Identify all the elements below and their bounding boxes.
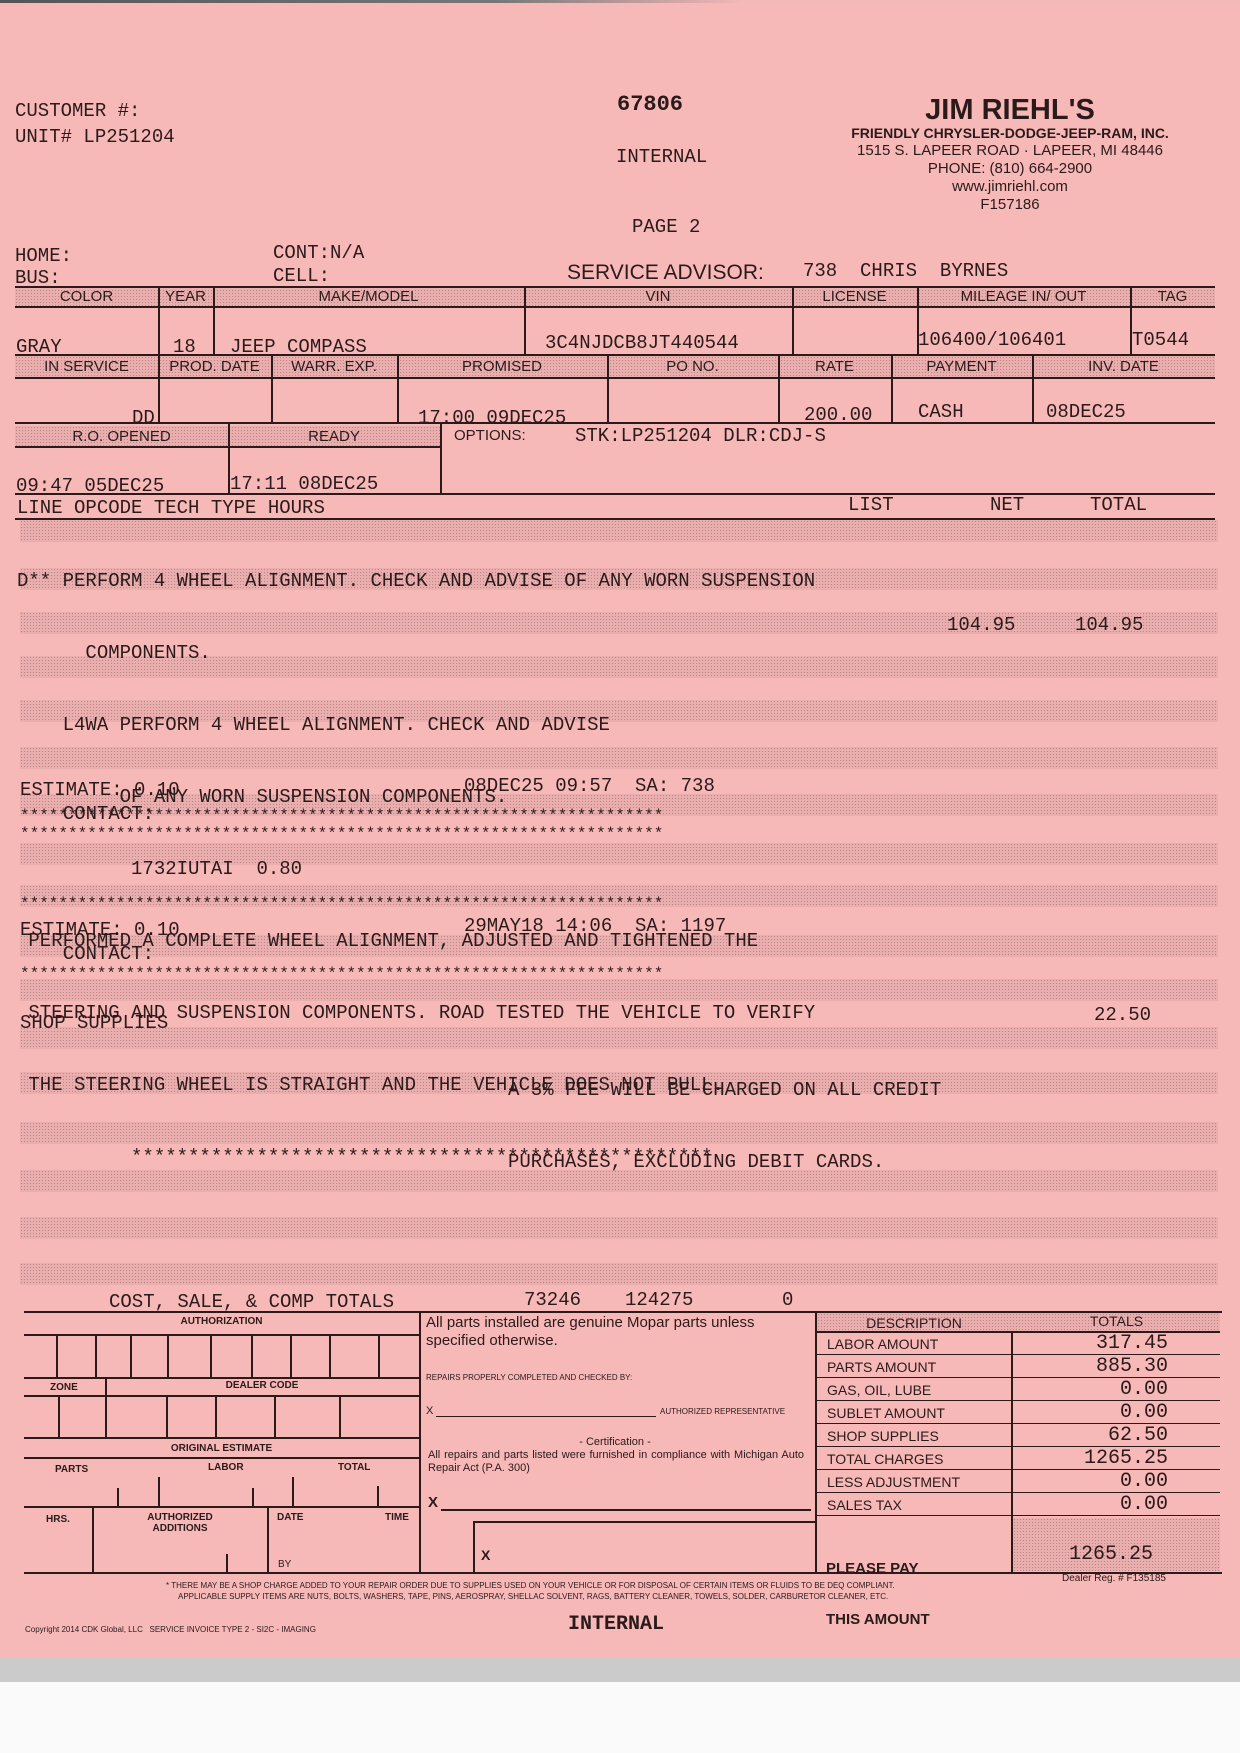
- credit-notice-line: A 3% FEE WILL BE CHARGED ON ALL CREDIT: [508, 1078, 941, 1102]
- color-header: COLOR: [15, 287, 158, 307]
- rule: [251, 1334, 253, 1377]
- comp-totals-label: COST, SALE, & COMP TOTALS: [109, 1291, 394, 1313]
- totals-row: TOTAL CHARGES1265.25: [815, 1447, 1220, 1470]
- rate-value: 200.00: [804, 404, 872, 426]
- rule: [24, 1506, 419, 1508]
- shop-charge-note-line2: APPLICABLE SUPPLY ITEMS ARE NUTS, BOLTS,…: [178, 1592, 888, 1601]
- rule: [339, 1395, 341, 1437]
- rule: [15, 493, 1215, 495]
- rule: [15, 422, 1215, 424]
- warr-exp-header: WARR. EXP.: [271, 357, 397, 377]
- copy-type: INTERNAL: [616, 146, 707, 168]
- totals-row-label: PARTS AMOUNT: [827, 1359, 936, 1375]
- totals-row: SHOP SUPPLIES62.50: [815, 1424, 1220, 1447]
- rate-header: RATE: [778, 357, 891, 377]
- description-header: DESCRIPTION: [817, 1315, 1011, 1331]
- service-advisor-value: 738 CHRIS BYRNES: [803, 260, 1008, 282]
- ready-header: READY: [228, 427, 440, 447]
- totals-row: PARTS AMOUNT885.30: [815, 1355, 1220, 1378]
- dealer-id: F157186: [800, 196, 1220, 214]
- customer-number-label: CUSTOMER #:: [15, 100, 140, 122]
- rule: [167, 1334, 169, 1377]
- lines-header-left: LINE OPCODE TECH TYPE HOURS: [17, 497, 325, 519]
- home-phone-label: HOME:: [15, 245, 72, 267]
- hrs-label: HRS.: [46, 1514, 70, 1525]
- rule: [95, 1334, 97, 1377]
- payment-value: CASH: [918, 401, 964, 423]
- star-divider: ****************************************…: [20, 895, 663, 913]
- certification-title: - Certification -: [420, 1436, 810, 1448]
- star-divider: ****************************************…: [20, 825, 663, 843]
- license-header: LICENSE: [792, 287, 917, 307]
- comp-comp: 0: [782, 1289, 793, 1311]
- original-estimate-label: ORIGINAL ESTIMATE: [24, 1443, 419, 1454]
- rule: [58, 1395, 60, 1437]
- please-pay-line: PLEASE PAY: [826, 1560, 930, 1577]
- vehicle-year: 18: [173, 336, 196, 358]
- total-label: TOTAL: [338, 1462, 370, 1473]
- signature-x: X: [428, 1494, 438, 1511]
- rule: [117, 1488, 119, 1506]
- rule: [24, 1572, 1222, 1574]
- shop-charge-note-line1: * THERE MAY BE A SHOP CHARGE ADDED TO YO…: [166, 1581, 895, 1590]
- totals-header: TOTALS: [1013, 1313, 1220, 1329]
- totals-row-label: GAS, OIL, LUBE: [827, 1382, 931, 1398]
- credit-fee-notice: A 3% FEE WILL BE CHARGED ON ALL CREDIT P…: [508, 1030, 941, 1222]
- time-label: TIME: [385, 1512, 409, 1523]
- rule: [274, 1395, 276, 1437]
- date-label: DATE: [277, 1512, 303, 1523]
- vehicle-tag: T0544: [1132, 329, 1189, 351]
- authorization-label: AUTHORIZATION: [24, 1316, 419, 1327]
- totals-row-value: 0.00: [1120, 1493, 1168, 1516]
- tag-header: TAG: [1130, 287, 1215, 307]
- totals-row-value: 1265.25: [1084, 1447, 1168, 1470]
- vehicle-mileage: 106400/106401: [918, 329, 1066, 351]
- ro-opened-value: 09:47 05DEC25: [16, 475, 164, 497]
- certification-text: All repairs and parts listed were furnis…: [428, 1449, 804, 1475]
- totals-row-value: 0.00: [1120, 1401, 1168, 1424]
- in-service-header: IN SERVICE: [15, 357, 158, 377]
- ro-opened-header: R.O. OPENED: [15, 427, 228, 447]
- shop-supplies-label: SHOP SUPPLIES: [20, 1012, 168, 1034]
- rule: [473, 1521, 815, 1523]
- estimate-1-contact: CONTACT:: [40, 803, 154, 825]
- authorized-additions-label: AUTHORIZED ADDITIONS: [140, 1512, 220, 1534]
- net-column-header: NET: [990, 494, 1024, 516]
- estimate-2-value: ESTIMATE: 0.10: [20, 919, 180, 941]
- list-column-header: LIST: [848, 494, 894, 516]
- totals-row-label: LABOR AMOUNT: [827, 1336, 938, 1352]
- mopar-parts-statement: All parts installed are genuine Mopar pa…: [426, 1314, 806, 1350]
- labor-label: LABOR: [208, 1462, 244, 1473]
- vehicle-vin: 3C4NJDCB8JT440544: [545, 332, 739, 354]
- promised-header: PROMISED: [397, 357, 607, 377]
- rule: [166, 1395, 168, 1437]
- rule: [215, 1395, 217, 1437]
- vehicle-make-model: JEEP COMPASS: [230, 336, 367, 358]
- estimate-2-contact: CONTACT:: [40, 943, 154, 965]
- service-invoice-page: CUSTOMER #: UNIT# LP251204 67806 INTERNA…: [0, 3, 1240, 1658]
- rule: [24, 1377, 419, 1379]
- signature-x: X: [481, 1547, 490, 1563]
- rule: [24, 1334, 419, 1336]
- rule: [252, 1488, 254, 1506]
- rule: [56, 1334, 58, 1377]
- totals-row-value: 0.00: [1120, 1378, 1168, 1401]
- options-label: OPTIONS:: [454, 427, 526, 444]
- signature-x: X: [426, 1405, 433, 1417]
- please-pay-amount: 1265.25: [1069, 1543, 1153, 1566]
- payment-header: PAYMENT: [891, 357, 1032, 377]
- rule: [92, 1506, 94, 1572]
- line-net-amount: 104.95: [947, 614, 1015, 636]
- dealer-website: www.jimriehl.com: [800, 178, 1220, 196]
- shop-supplies-amount: 22.50: [1094, 1004, 1151, 1026]
- estimate-1-stamp: 08DEC25 09:57 SA: 738: [464, 775, 715, 797]
- please-pay-line: THIS AMOUNT: [826, 1611, 930, 1628]
- cell-phone-label: CELL:: [273, 265, 330, 287]
- dealer-name: JIM RIEHL'S: [800, 95, 1220, 125]
- prod-date-header: PROD. DATE: [158, 357, 271, 377]
- dealer-subtitle: FRIENDLY CHRYSLER-DODGE-JEEP-RAM, INC.: [800, 125, 1220, 142]
- options-value: STK:LP251204 DLR:CDJ-S: [575, 425, 826, 447]
- estimate-1-value: ESTIMATE: 0.10: [20, 779, 180, 801]
- mileage-header: MILEAGE IN/ OUT: [917, 287, 1130, 307]
- rule: [15, 377, 1215, 379]
- dealer-phone: PHONE: (810) 664-2900: [800, 160, 1220, 178]
- copyright: Copyright 2014 CDK Global, LLC SERVICE I…: [25, 1625, 316, 1634]
- ready-value: 17:11 08DEC25: [230, 473, 378, 495]
- job-line: L4WA PERFORM 4 WHEEL ALIGNMENT. CHECK AN…: [17, 713, 815, 737]
- ro-number: 67806: [617, 92, 683, 117]
- authorized-representative-label: AUTHORIZED REPRESENTATIVE: [660, 1407, 785, 1416]
- rule: [226, 1554, 228, 1572]
- vehicle-color: GRAY: [16, 336, 62, 358]
- rule: [377, 1486, 379, 1506]
- signature-line[interactable]: [441, 1509, 811, 1511]
- zone-label: ZONE: [50, 1382, 78, 1393]
- totals-row: LESS ADJUSTMENT0.00: [815, 1470, 1220, 1493]
- totals-row-label: LESS ADJUSTMENT: [827, 1474, 960, 1490]
- rule: [292, 1477, 294, 1506]
- total-column-header: TOTAL: [1090, 494, 1147, 516]
- rule: [329, 1334, 331, 1377]
- totals-row-label: SHOP SUPPLIES: [827, 1428, 939, 1444]
- totals-row: SUBLET AMOUNT0.00: [815, 1401, 1220, 1424]
- po-number-header: PO NO.: [607, 357, 778, 377]
- comp-cost: 73246: [524, 1289, 581, 1311]
- job-line: D** PERFORM 4 WHEEL ALIGNMENT. CHECK AND…: [17, 569, 815, 593]
- rule: [24, 1437, 419, 1439]
- dealer-code-label: DEALER CODE: [105, 1380, 419, 1391]
- totals-row: GAS, OIL, LUBE0.00: [815, 1378, 1220, 1401]
- rule: [158, 1477, 160, 1506]
- totals-row-value: 885.30: [1096, 1355, 1168, 1378]
- rule: [267, 1506, 269, 1572]
- rule: [378, 1334, 380, 1377]
- contact-value: CONT:N/A: [273, 242, 364, 264]
- footer-copy-type: INTERNAL: [568, 1613, 664, 1636]
- inv-date-value: 08DEC25: [1046, 401, 1126, 423]
- inv-date-header: INV. DATE: [1032, 357, 1215, 377]
- rule: [130, 1334, 132, 1377]
- by-label: BY: [278, 1559, 291, 1570]
- dealer-registration: Dealer Reg. # F135185: [1062, 1573, 1166, 1584]
- rule: [210, 1334, 212, 1377]
- make-model-header: MAKE/MODEL: [213, 287, 524, 307]
- totals-row: LABOR AMOUNT317.45: [815, 1332, 1220, 1355]
- line-total-amount: 104.95: [1075, 614, 1143, 636]
- totals-row-label: TOTAL CHARGES: [827, 1451, 943, 1467]
- checked-by-label: REPAIRS PROPERLY COMPLETED AND CHECKED B…: [426, 1373, 632, 1382]
- rule: [24, 1395, 419, 1397]
- rule: [24, 1457, 419, 1459]
- totals-row-value: 62.50: [1108, 1424, 1168, 1447]
- dealer-address: 1515 S. LAPEER ROAD · LAPEER, MI 48446: [800, 142, 1220, 160]
- credit-notice-line: PURCHASES, EXCLUDING DEBIT CARDS.: [508, 1150, 941, 1174]
- parts-label: PARTS: [55, 1464, 88, 1475]
- rule: [290, 1334, 292, 1377]
- estimate-2-stamp: 29MAY18 14:06 SA: 1197: [464, 915, 726, 937]
- comp-sale: 124275: [625, 1289, 693, 1311]
- shade-band: [20, 1263, 1218, 1285]
- job-line: COMPONENTS.: [17, 641, 815, 665]
- totals-row-label: SUBLET AMOUNT: [827, 1405, 945, 1421]
- rule: [105, 1395, 107, 1437]
- dealer-block: JIM RIEHL'S FRIENDLY CHRYSLER-DODGE-JEEP…: [800, 95, 1220, 214]
- totals-row-value: 0.00: [1120, 1470, 1168, 1493]
- totals-row-label: SALES TAX: [827, 1497, 902, 1513]
- star-divider: ****************************************…: [20, 965, 663, 983]
- totals-row-value: 317.45: [1096, 1332, 1168, 1355]
- service-advisor-label: SERVICE ADVISOR:: [567, 261, 764, 285]
- rule: [440, 424, 442, 493]
- scanner-bed: [0, 1658, 1240, 1682]
- year-header: YEAR: [158, 287, 213, 307]
- vin-header: VIN: [524, 287, 792, 307]
- rule: [473, 1521, 475, 1572]
- totals-row: SALES TAX0.00: [815, 1493, 1220, 1516]
- page-number: PAGE 2: [632, 216, 700, 238]
- signature-line[interactable]: [436, 1416, 656, 1417]
- unit-number: UNIT# LP251204: [15, 126, 175, 148]
